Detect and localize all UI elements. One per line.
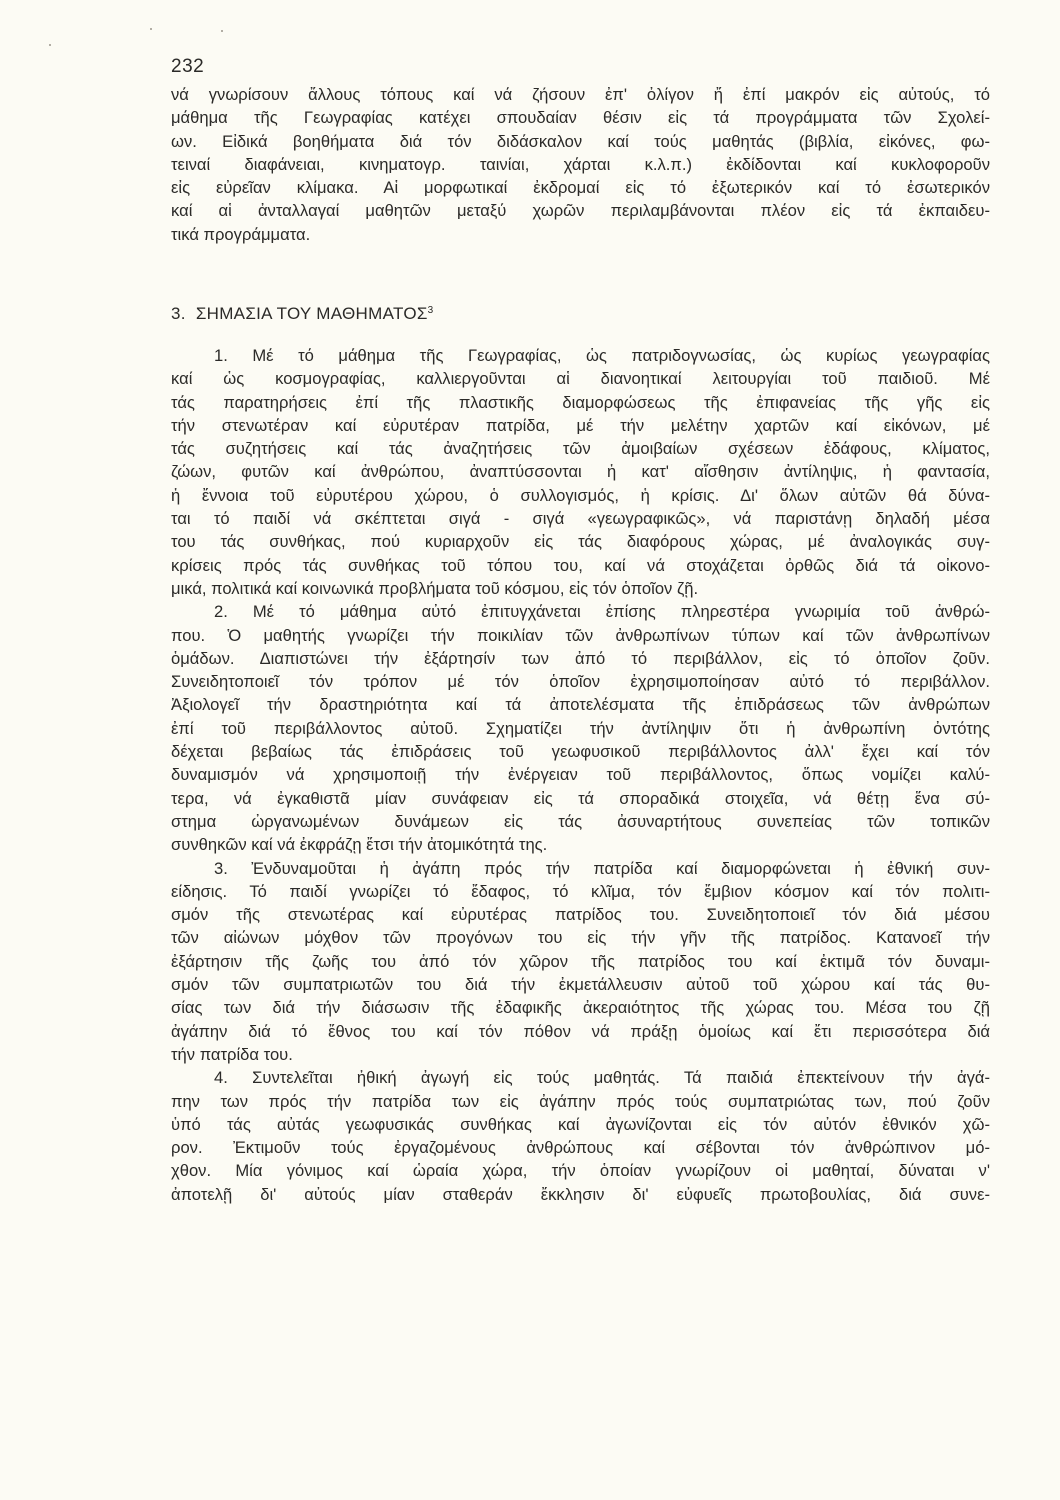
section-title: ΣΗΜΑΣΙΑ ΤΟΥ ΜΑΘΗΜΑΤΟΣ	[196, 304, 428, 323]
text-line: τάς παρατηρήσεις ἐπί τῆς πλαστικῆς διαμο…	[171, 391, 990, 414]
section-number: 3.	[171, 304, 186, 323]
text-line: δυναμισμόν νά χρησιμοποιῇ τήν ἐνέργειαν …	[171, 763, 990, 786]
text-line: ὑπό τάς αὐτάς γεωφυσικάς συνθήκας καί ἀγ…	[171, 1113, 990, 1136]
paper-speck	[150, 28, 152, 30]
text-line: ἐπί τοῦ περιβάλλοντος αὐτοῦ. Σχηματίζει …	[171, 717, 990, 740]
text-line: τειναί διαφάνειαι, κινηματογρ. ταινίαι, …	[171, 153, 990, 176]
text-line: εἰς εὐρεῖαν κλίμακα. Αἱ μορφωτικαί ἐκδρο…	[171, 176, 990, 199]
text-line: δέχεται βεβαίως τάς ἐπιδράσεις τοῦ γεωφυ…	[171, 740, 990, 763]
text-line: καί ὡς κοσμογραφίας, καλλιεργοῦνται αἱ δ…	[171, 367, 990, 390]
text-line: 2. Μέ τό μάθημα αὐτό ἐπιτυγχάνεται ἐπίση…	[171, 600, 990, 623]
text-line: μάθημα τῆς Γεωγραφίας κατέχει σπουδαίαν …	[171, 106, 990, 129]
text-line: 4. Συντελεῖται ἠθική ἀγωγή εἰς τούς μαθη…	[171, 1066, 990, 1089]
text-line: που. Ὁ μαθητής γνωρίζει τήν ποικιλίαν τῶ…	[171, 624, 990, 647]
text-line: χθον. Μία γόνιμος καί ὡραία χώρα, τήν ὁπ…	[171, 1159, 990, 1182]
section-body: 1. Μέ τό μάθημα τῆς Γεωγραφίας, ὡς πατρι…	[171, 344, 990, 1206]
text-line: Συνειδητοποιεῖ τόν τρόπον μέ τόν ὁποῖον …	[171, 670, 990, 693]
text-line: του τάς συνθήκας, πού κυριαρχοῦν εἰς τάς…	[171, 530, 990, 553]
text-line: τάς συζητήσεις καί τάς ἀναζητήσεις τῶν ἀ…	[171, 437, 990, 460]
text-line: νά γνωρίσουν ἄλλους τόπους καί νά ζήσουν…	[171, 83, 990, 106]
text-line: ρον. Ἐκτιμοῦν τούς ἐργαζομένους ἀνθρώπου…	[171, 1136, 990, 1159]
paper-speck	[49, 44, 51, 46]
text-line: στημα ὠργανωμένων δυνάμεων εἰς τάς ἀσυνα…	[171, 810, 990, 833]
text-line: ζώων, φυτῶν καί ἀνθρώπου, ἀναπτύσσονται …	[171, 460, 990, 483]
text-line: ἡ ἔννοια τοῦ εὐρυτέρου χώρου, ὁ συλλογισ…	[171, 484, 990, 507]
text-line: ἀγάπην διά τό ἔθνος του καί τόν πόθον νά…	[171, 1020, 990, 1043]
page-number: 232	[171, 56, 204, 78]
text-line: 3. Ἐνδυναμοῦται ἡ ἀγάπη πρός τήν πατρίδα…	[171, 857, 990, 880]
text-line: σμόν τῆς στενωτέρας καί εὐρυτέρας πατρίδ…	[171, 903, 990, 926]
text-line: τῶν αἰώνων μόχθον τῶν προγόνων του εἰς τ…	[171, 926, 990, 949]
text-line: ἀποτελῇ δι' αὐτούς μίαν σταθεράν ἔκκλησι…	[171, 1183, 990, 1206]
text-line: τήν πατρίδα του.	[171, 1043, 990, 1066]
text-line: κρίσεις πρός τάς συνθήκας τοῦ τόπου του,…	[171, 554, 990, 577]
text-line: Ἀξιολογεῖ τήν δραστηριότητα καί τά ἀποτε…	[171, 693, 990, 716]
paper-speck	[221, 30, 223, 32]
text-line: ὁμάδων. Διαπιστώνει τήν ἐξάρτησίν των ἀπ…	[171, 647, 990, 670]
text-line: ται τό παιδί νά σκέπτεται σιγά - σιγά «γ…	[171, 507, 990, 530]
section-heading: 3. ΣΗΜΑΣΙΑ ΤΟΥ ΜΑΘΗΜΑΤΟΣ3	[171, 304, 434, 324]
footnote-reference: 3	[428, 305, 434, 316]
text-line: καί αἱ ἀνταλλαγαί μαθητῶν μεταξύ χωρῶν π…	[171, 199, 990, 222]
text-line: ων. Εἰδικά βοηθήματα διά τόν διδάσκαλον …	[171, 130, 990, 153]
text-line: ἐξάρτησιν τῆς ζωῆς του ἀπό τόν χῶρον τῆς…	[171, 950, 990, 973]
text-line: σμόν τῶν συμπατριωτῶν του διά τήν ἐκμετά…	[171, 973, 990, 996]
text-line: πην των πρός τήν πατρίδα των εἰς ἀγάπην …	[171, 1090, 990, 1113]
text-line: τήν στενωτέραν καί εὐρυτέραν πατρίδα, μέ…	[171, 414, 990, 437]
text-line: τικά προγράμματα.	[171, 223, 990, 246]
text-line: τερα, νά ἐγκαθιστᾶ μίαν συνάφειαν εἰς τά…	[171, 787, 990, 810]
text-line: 1. Μέ τό μάθημα τῆς Γεωγραφίας, ὡς πατρι…	[171, 344, 990, 367]
text-line: είδησις. Τό παιδί γνωρίζει τό ἔδαφος, τό…	[171, 880, 990, 903]
intro-paragraph: νά γνωρίσουν ἄλλους τόπους καί νά ζήσουν…	[171, 83, 990, 246]
text-line: σίας των διά τήν διάσωσιν τῆς ἐδαφικῆς ἀ…	[171, 996, 990, 1019]
text-line: μικά, πολιτικά καί κοινωνικά προβλήματα …	[171, 577, 990, 600]
text-line: συνθηκῶν καί νά ἐκφράζῃ ἔτσι τήν ἀτομικό…	[171, 833, 990, 856]
